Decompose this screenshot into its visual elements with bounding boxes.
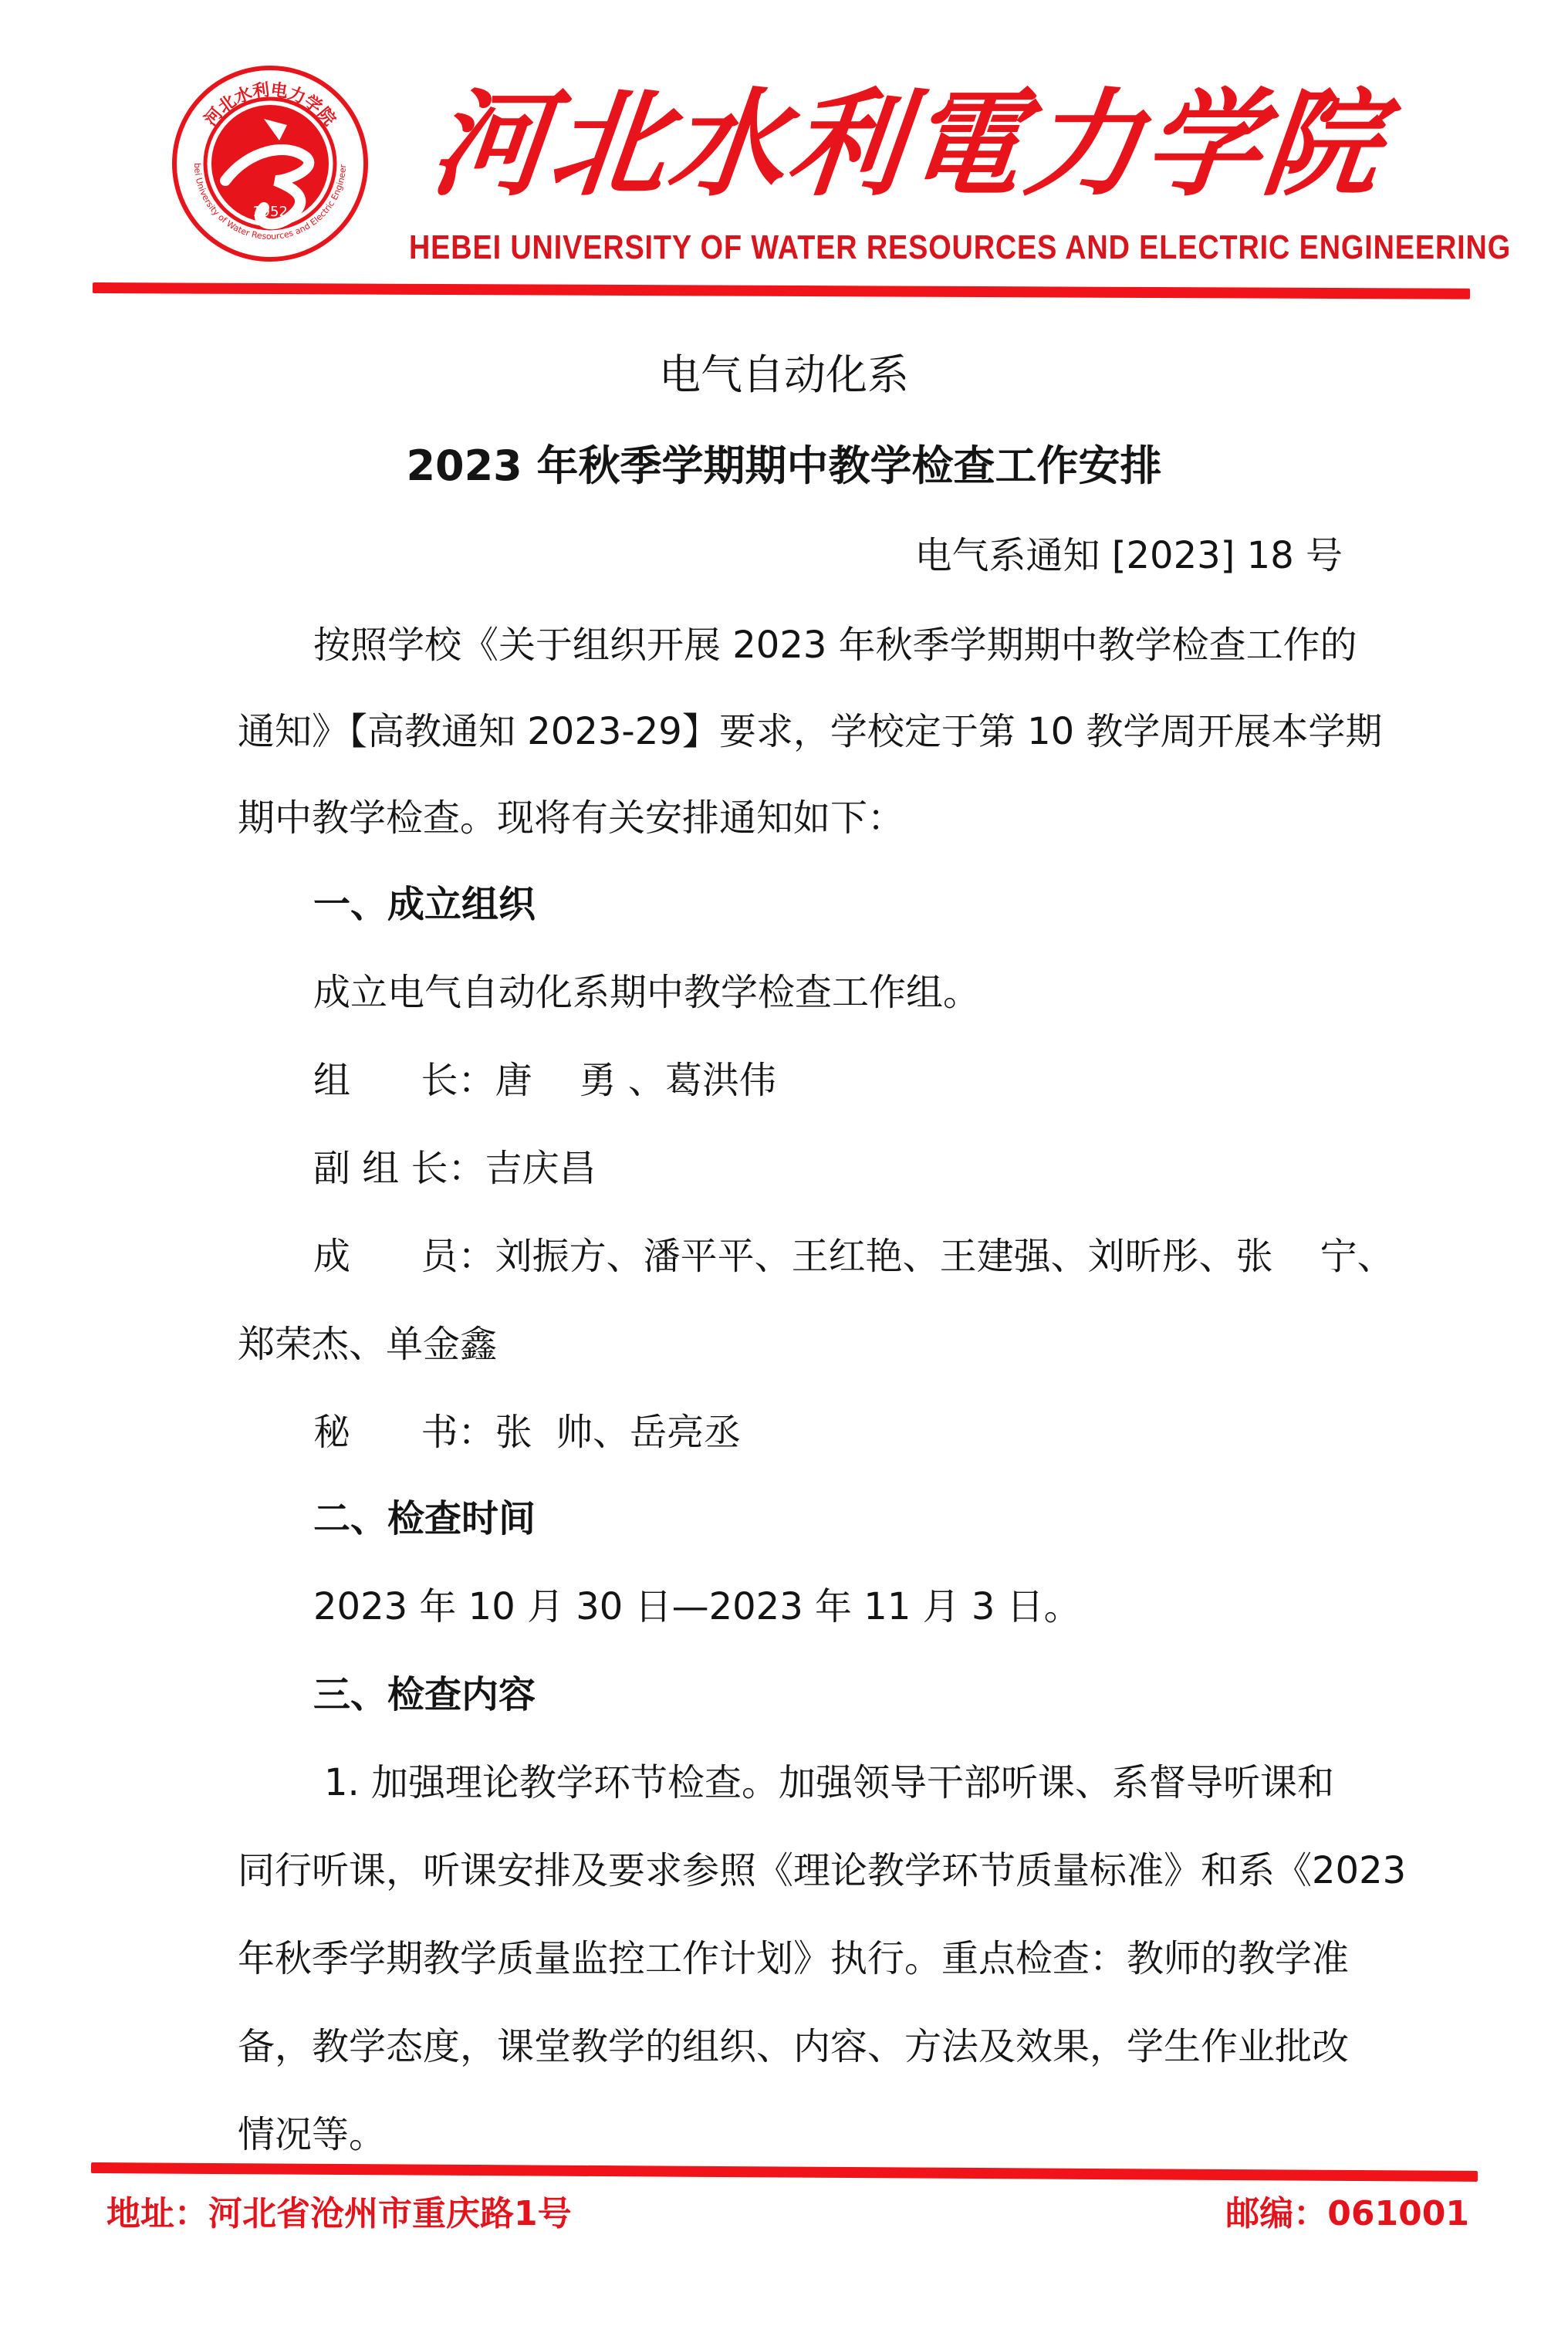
footer-divider xyxy=(91,2162,1478,2182)
secretary-label: 秘 书： xyxy=(313,1411,495,1454)
seal-icon: 1952 河北水利电力学院 Hebei University of Water … xyxy=(171,65,369,262)
document-title: 2023 年秋季学期期中教学检查工作安排 xyxy=(0,443,1568,489)
university-name-english: HEBEI UNIVERSITY OF WATER RESOURCES AND … xyxy=(409,228,1259,267)
notice-number: 电气系通知 [2023] 18 号 xyxy=(915,532,1343,579)
section-heading-inspection-time: 二、检查时间 xyxy=(313,1496,536,1542)
content-item-1-line-5: 情况等。 xyxy=(238,2111,386,2158)
group-leader-value: 唐 勇 、葛洪伟 xyxy=(495,1059,776,1102)
intro-line-1: 按照学校《关于组织开展 2023 年秋季学期期中教学检查工作的 xyxy=(313,622,1357,668)
members-label: 成 员： xyxy=(313,1235,495,1278)
university-name-chinese: 河北水利電力学院 xyxy=(424,71,1350,218)
group-leader-label: 组 长： xyxy=(313,1059,495,1102)
organization-text: 成立电气自动化系期中教学检查工作组。 xyxy=(313,969,980,1016)
deputy-leader-row: 副 组 长：吉庆昌 xyxy=(313,1145,596,1192)
content-item-1-line-4: 备，教学态度，课堂教学的组织、内容、方法及效果，学生作业批改 xyxy=(238,2023,1349,2070)
deputy-leader-label: 副 组 长： xyxy=(313,1147,485,1190)
footer-postcode: 邮编：061001 xyxy=(1225,2186,1469,2235)
members-value-line-2: 郑荣杰、单金鑫 xyxy=(238,1321,497,1368)
header-divider xyxy=(93,282,1470,299)
inspection-time-text: 2023 年 10 月 30 日—2023 年 11 月 3 日。 xyxy=(313,1584,1081,1630)
members-value-line-1: 刘振方、潘平平、王红艳、王建强、刘昕彤、张 宁、 xyxy=(495,1235,1394,1278)
secretary-value: 张 帅、岳亮丞 xyxy=(495,1411,742,1454)
footer-address: 地址：河北省沧州市重庆路1号 xyxy=(106,2186,572,2235)
department-title: 电气自动化系 xyxy=(0,352,1568,398)
svg-text:1952: 1952 xyxy=(252,204,288,220)
members-row: 成 员：刘振方、潘平平、王红艳、王建强、刘昕彤、张 宁、 xyxy=(313,1233,1394,1280)
intro-line-2: 通知》【高教通知 2023-29】要求，学校定于第 10 教学周开展本学期 xyxy=(238,708,1382,755)
content-item-1-line-1: 1. 加强理论教学环节检查。加强领导干部听课、系督导听课和 xyxy=(324,1760,1334,1806)
section-heading-inspection-content: 三、检查内容 xyxy=(313,1672,536,1718)
secretary-row: 秘 书：张 帅、岳亮丞 xyxy=(313,1409,741,1455)
group-leader-row: 组 长：唐 勇 、葛洪伟 xyxy=(313,1057,776,1104)
content-item-1-line-3: 年秋季学期教学质量监控工作计划》执行。重点检查：教师的教学准 xyxy=(238,1936,1349,1982)
intro-line-3: 期中教学检查。现将有关安排通知如下： xyxy=(238,795,904,841)
content-item-1-line-2: 同行听课，听课安排及要求参照《理论教学环节质量标准》和系《2023 xyxy=(238,1848,1406,1894)
deputy-leader-value: 吉庆昌 xyxy=(485,1147,596,1190)
section-heading-organization: 一、成立组织 xyxy=(313,881,536,928)
university-logo-seal: 1952 河北水利电力学院 Hebei University of Water … xyxy=(171,65,369,262)
